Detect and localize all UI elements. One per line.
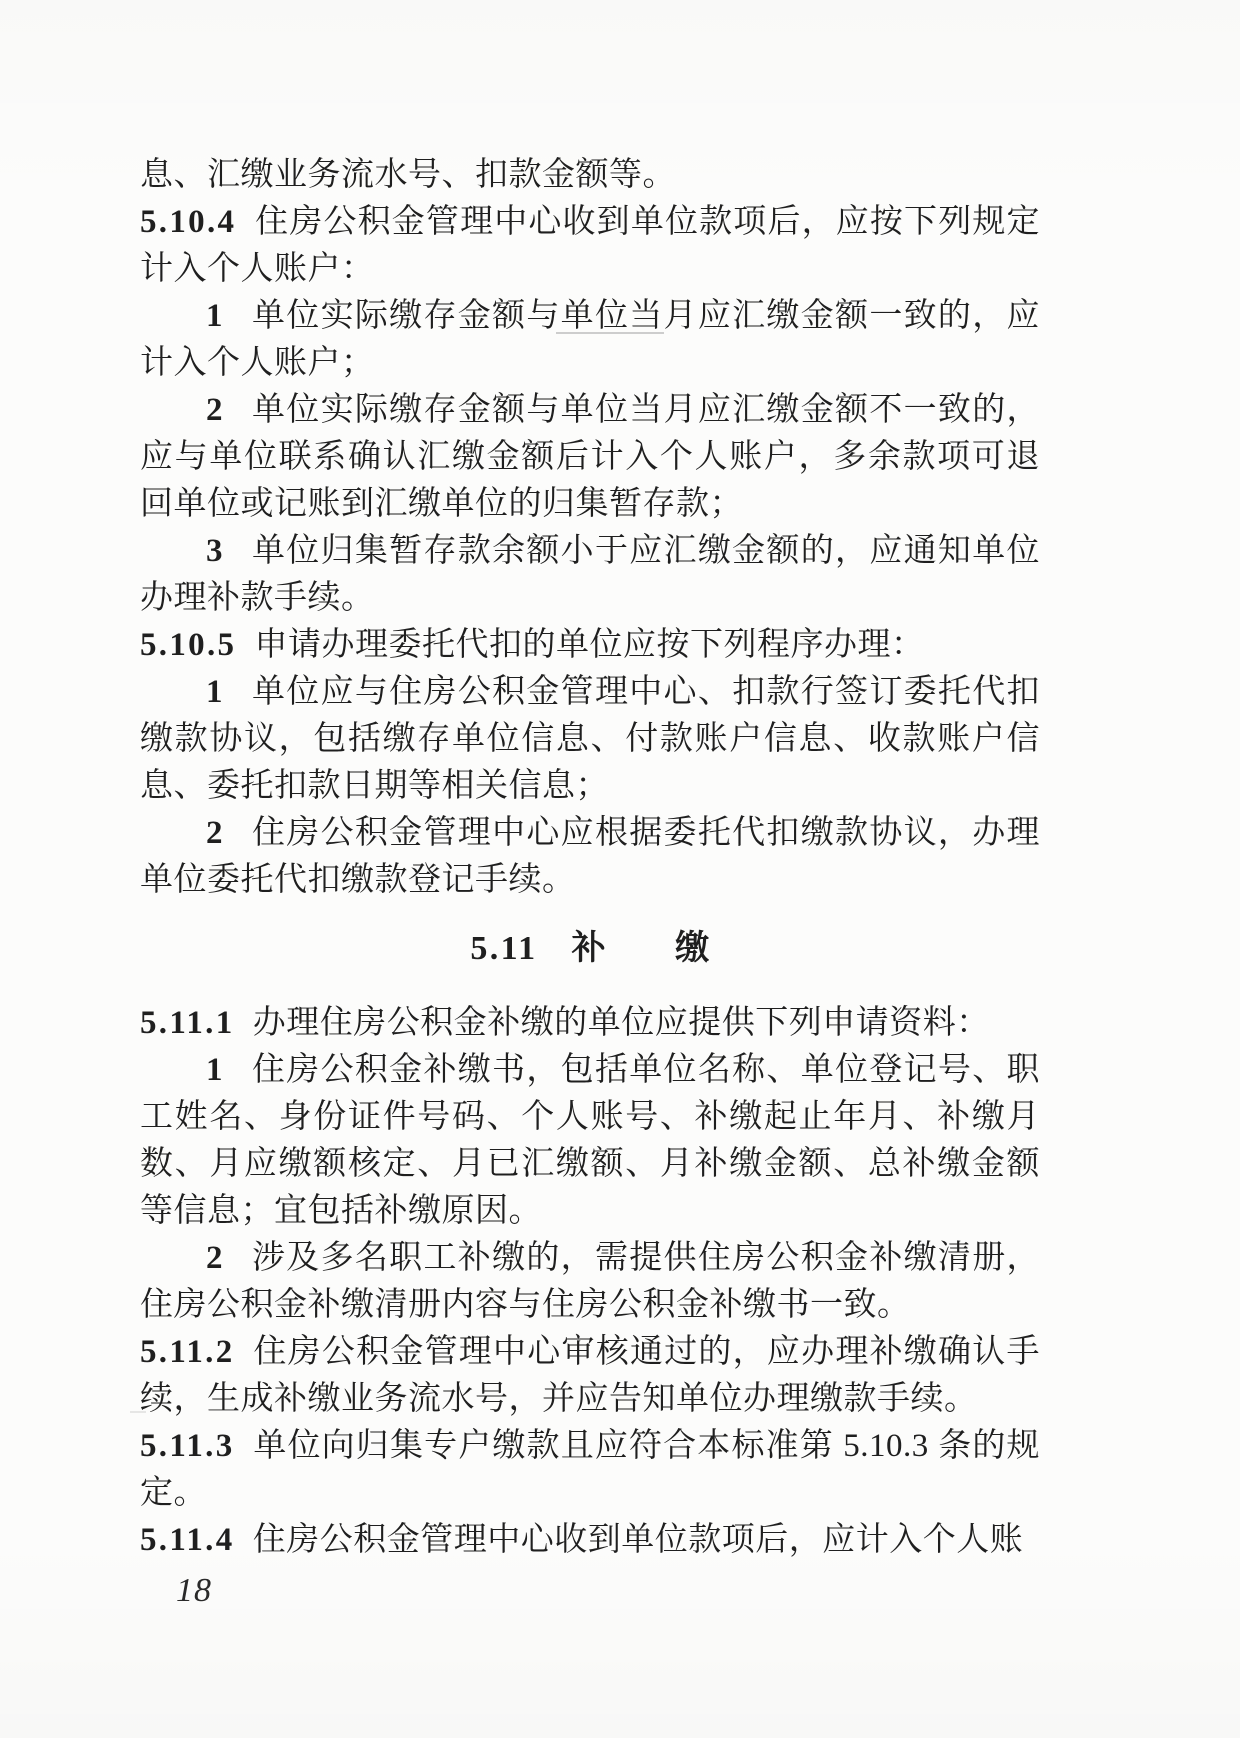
item-number: 2	[206, 815, 225, 851]
list-item-paragraph: 1单位应与住房公积金管理中心、扣款行签订委托代扣缴款协议，包括缴存单位信息、付款…	[140, 669, 1040, 810]
paragraph-text: 办理住房公积金补缴的单位应提供下列申请资料：	[253, 1005, 990, 1041]
item-number: 1	[206, 1052, 225, 1088]
item-number: 2	[206, 392, 225, 428]
item-number: 2	[206, 1240, 225, 1276]
paragraph-text: 住房公积金管理中心收到单位款项后，应计入个人账	[253, 1522, 1024, 1558]
list-item-paragraph: 1单位实际缴存金额与单位当月应汇缴金额一致的，应计入个人账户；	[140, 293, 1040, 387]
paragraph-text: 住房公积金管理中心审核通过的，应办理补缴确认手续，生成补缴业务流水号，并应告知单…	[140, 1334, 1040, 1417]
page-content: 息、汇缴业务流水号、扣款金额等。5.10.4住房公积金管理中心收到单位款项后，应…	[140, 152, 1040, 1564]
list-item-paragraph: 2单位实际缴存金额与单位当月应汇缴金额不一致的，应与单位联系确认汇缴金额后计入个…	[140, 387, 1040, 528]
list-item-paragraph: 3单位归集暂存款余额小于应汇缴金额的，应通知单位办理补款手续。	[140, 528, 1040, 622]
section-number: 5.11	[470, 930, 537, 967]
section-heading: 5.11补 缴	[140, 925, 1040, 972]
clause-paragraph: 5.10.4住房公积金管理中心收到单位款项后，应按下列规定计入个人账户：	[140, 199, 1040, 293]
clause-paragraph: 5.11.1办理住房公积金补缴的单位应提供下列申请资料：	[140, 1000, 1040, 1047]
clause-number: 5.11.2	[140, 1334, 235, 1370]
scan-artifact-line	[556, 332, 664, 334]
clause-paragraph: 5.11.2住房公积金管理中心审核通过的，应办理补缴确认手续，生成补缴业务流水号…	[140, 1329, 1040, 1423]
paragraph-text: 住房公积金管理中心收到单位款项后，应按下列规定计入个人账户：	[140, 204, 1040, 287]
clause-number: 5.11.3	[140, 1428, 235, 1464]
paragraph-text: 申请办理委托代扣的单位应按下列程序办理：	[255, 627, 925, 663]
page-number: 18	[176, 1572, 212, 1610]
paragraph-text: 住房公积金补缴书，包括单位名称、单位登记号、职工姓名、身份证件号码、个人账号、补…	[140, 1052, 1040, 1229]
list-item-paragraph: 1住房公积金补缴书，包括单位名称、单位登记号、职工姓名、身份证件号码、个人账号、…	[140, 1047, 1040, 1235]
clause-number: 5.11.1	[140, 1005, 235, 1041]
item-number: 1	[206, 298, 225, 334]
paragraph-text: 单位归集暂存款余额小于应汇缴金额的，应通知单位办理补款手续。	[140, 533, 1040, 616]
continuation-paragraph: 息、汇缴业务流水号、扣款金额等。	[140, 152, 1040, 199]
item-number: 1	[206, 674, 225, 710]
list-item-paragraph: 2住房公积金管理中心应根据委托代扣缴款协议，办理单位委托代扣缴款登记手续。	[140, 810, 1040, 904]
clause-number: 5.11.4	[140, 1522, 235, 1558]
scan-artifact-line	[130, 1411, 146, 1413]
clause-paragraph: 5.10.5申请办理委托代扣的单位应按下列程序办理：	[140, 622, 1040, 669]
clause-paragraph: 5.11.3单位向归集专户缴款且应符合本标准第 5.10.3 条的规定。	[140, 1423, 1040, 1517]
list-item-paragraph: 2涉及多名职工补缴的，需提供住房公积金补缴清册，住房公积金补缴清册内容与住房公积…	[140, 1235, 1040, 1329]
paragraph-text: 单位向归集专户缴款且应符合本标准第 5.10.3 条的规定。	[140, 1428, 1040, 1511]
section-title: 补 缴	[572, 930, 710, 967]
item-number: 3	[206, 533, 225, 569]
clause-number: 5.10.5	[140, 627, 236, 663]
paragraph-text: 住房公积金管理中心应根据委托代扣缴款协议，办理单位委托代扣缴款登记手续。	[140, 815, 1040, 898]
clause-number: 5.10.4	[140, 204, 236, 240]
clause-paragraph: 5.11.4住房公积金管理中心收到单位款项后，应计入个人账	[140, 1517, 1040, 1564]
paragraph-text: 息、汇缴业务流水号、扣款金额等。	[140, 157, 676, 193]
paragraph-text: 单位实际缴存金额与单位当月应汇缴金额不一致的，应与单位联系确认汇缴金额后计入个人…	[140, 392, 1040, 522]
paragraph-text: 涉及多名职工补缴的，需提供住房公积金补缴清册，住房公积金补缴清册内容与住房公积金…	[140, 1240, 1040, 1323]
paragraph-text: 单位应与住房公积金管理中心、扣款行签订委托代扣缴款协议，包括缴存单位信息、付款账…	[140, 674, 1040, 804]
paragraph-text: 单位实际缴存金额与单位当月应汇缴金额一致的，应计入个人账户；	[140, 298, 1040, 381]
